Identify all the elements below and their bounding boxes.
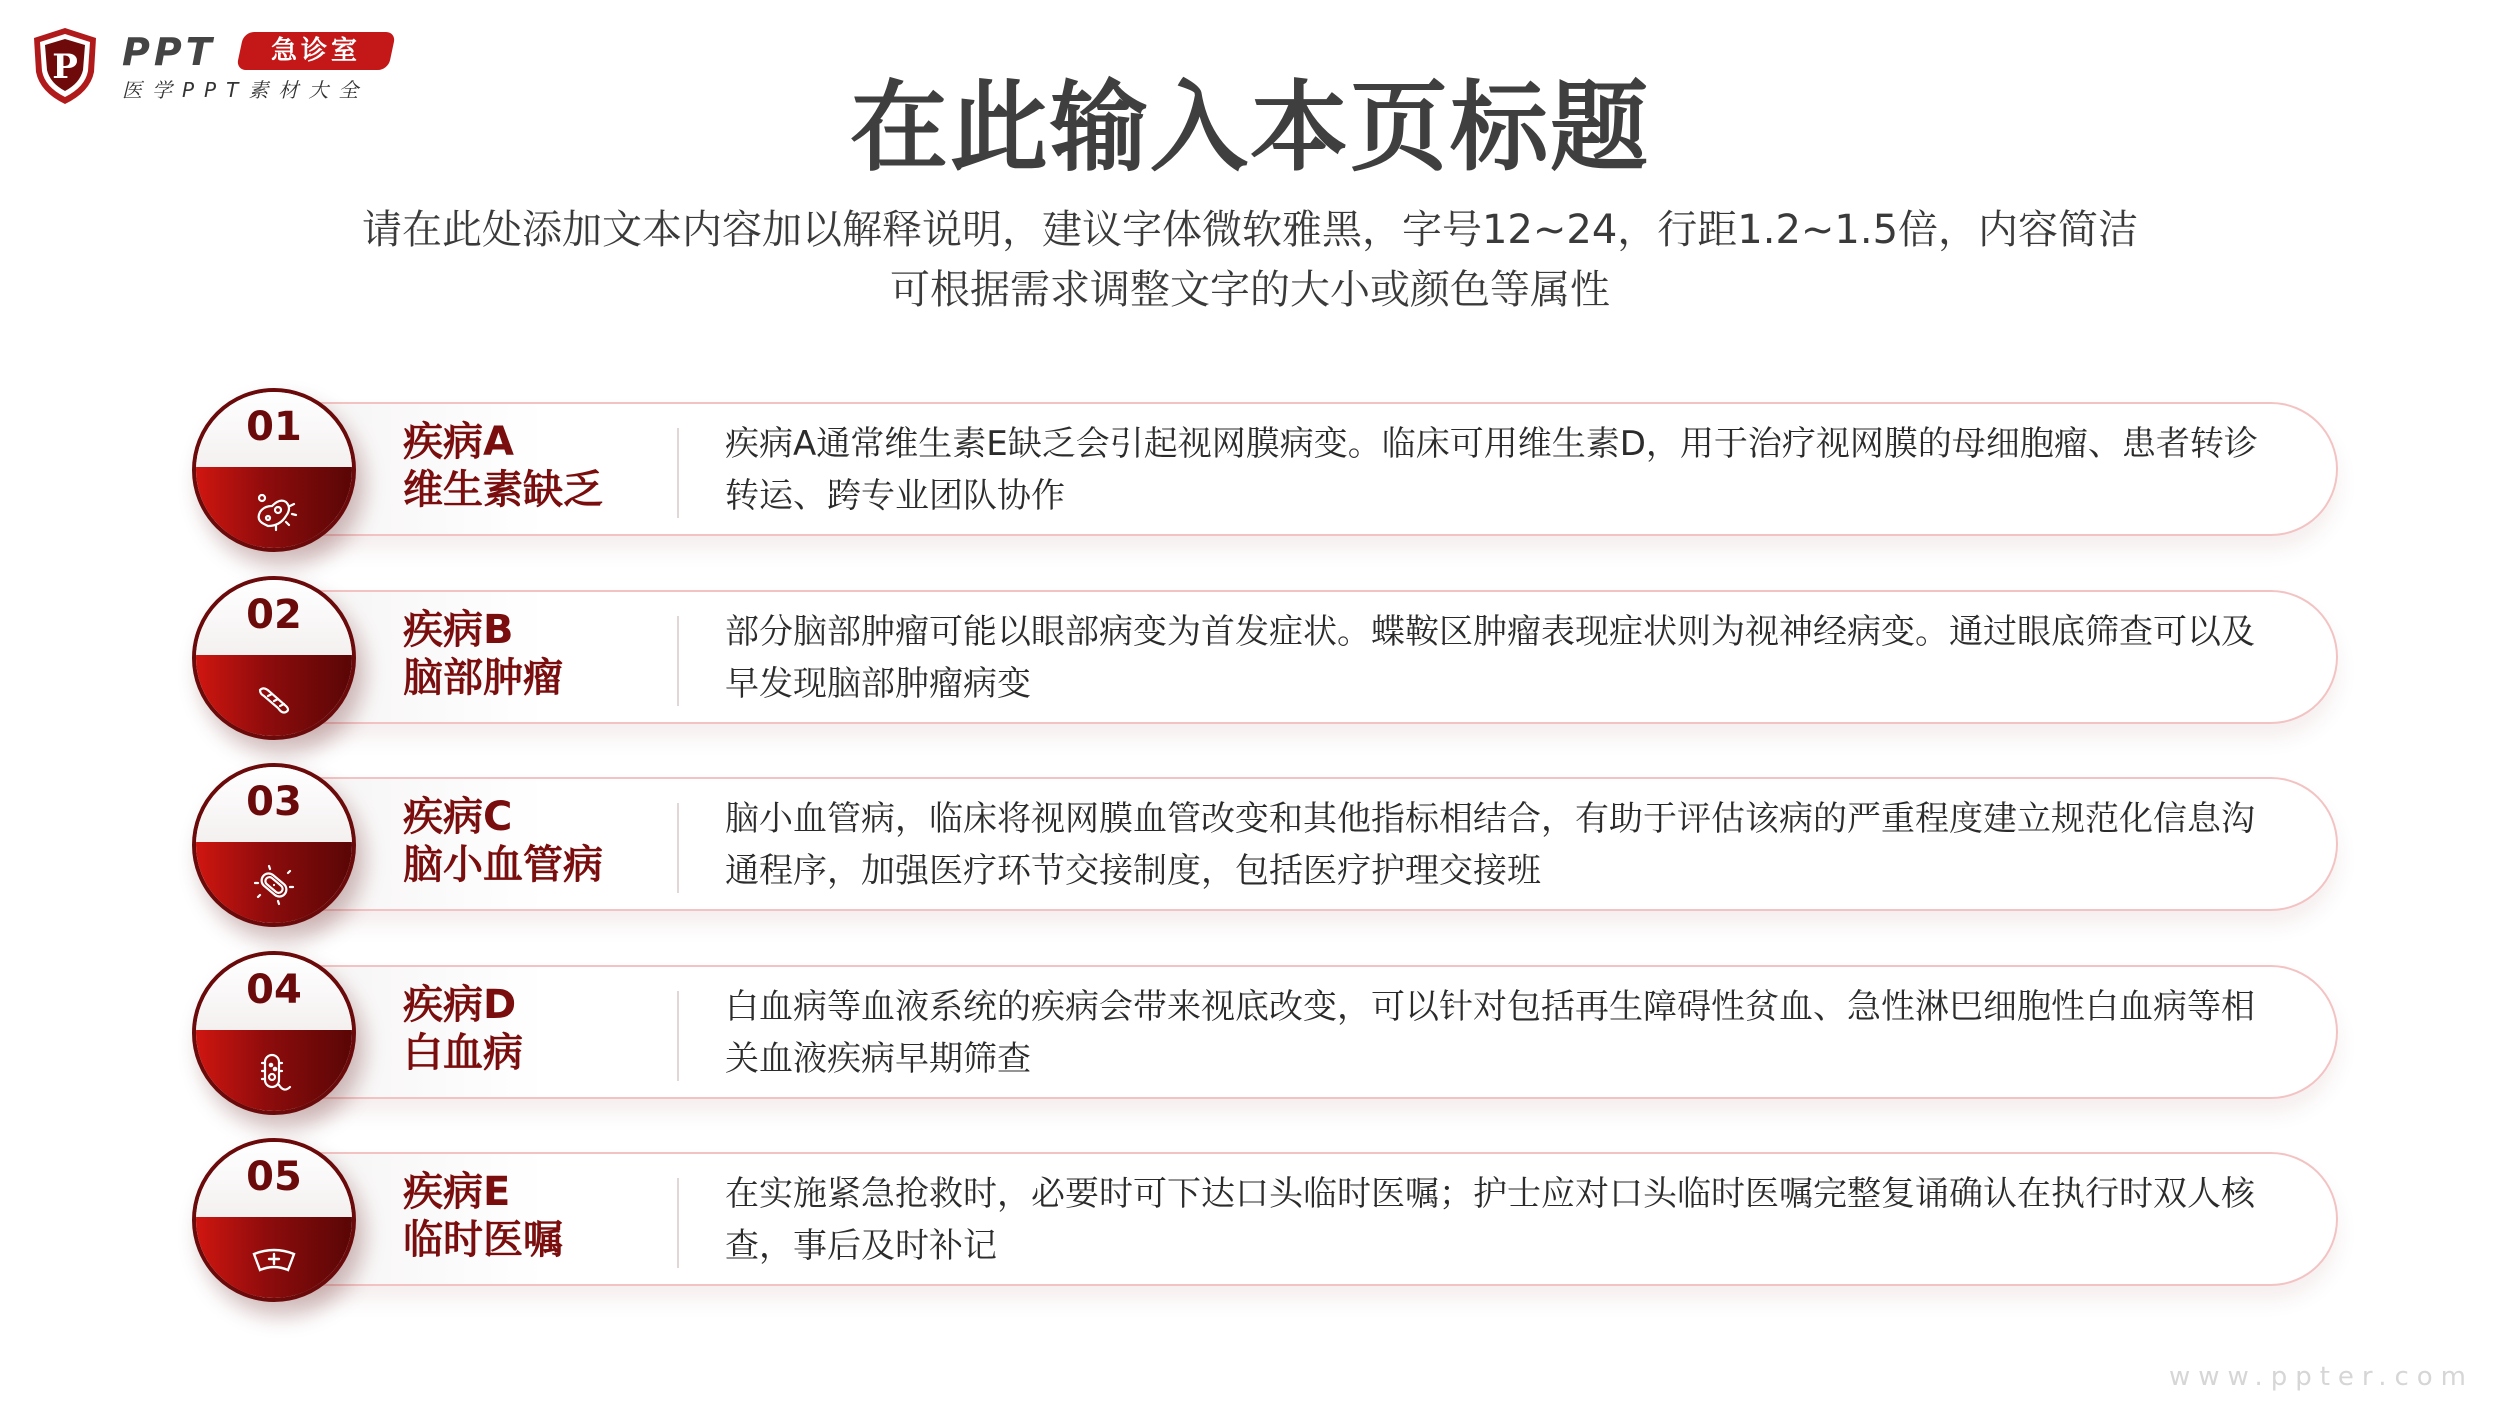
list-item-5: 05 疾病E 临时医嘱 在实施紧急抢救时，必要时可下达口头临时医嘱；护士应对口头… — [0, 1138, 2500, 1308]
item-title-line-1: 疾病D — [403, 981, 523, 1029]
number-badge: 03 — [192, 763, 356, 927]
list-item-3: 03 疾病C 脑小血管病 脑小血管病，临床将视网膜血管改变和其他指标相结合，有助… — [0, 763, 2500, 933]
item-title-line-1: 疾病E — [403, 1168, 563, 1216]
logo-badge: 急诊室 — [236, 32, 396, 70]
item-description: 在实施紧急抢救时，必要时可下达口头临时医嘱；护士应对口头临时医嘱完整复诵确认在执… — [725, 1168, 2265, 1272]
divider — [677, 616, 679, 706]
item-title-line-2: 脑部肿瘤 — [403, 654, 563, 702]
list-item-1: 01 疾病A 维生素缺乏 疾病A通常维生素E缺乏会引起视网膜病变。临床可用维生素… — [0, 388, 2500, 558]
item-number: 03 — [196, 777, 352, 827]
bacteria-icon — [250, 486, 298, 534]
watermark: www.ppter.com — [2169, 1362, 2474, 1392]
item-number: 01 — [196, 402, 352, 452]
item-title: 疾病A 维生素缺乏 — [403, 418, 603, 514]
item-title-line-2: 维生素缺乏 — [403, 466, 603, 514]
divider — [677, 428, 679, 518]
item-description: 部分脑部肿瘤可能以眼部病变为首发症状。蝶鞍区肿瘤表现症状则为视神经病变。通过眼底… — [725, 606, 2265, 710]
item-title: 疾病B 脑部肿瘤 — [403, 606, 563, 702]
list-item-4: 04 疾病D 白血病 白血病等血液系统的疾病会带来视底改变，可以针对包括再生障碍… — [0, 951, 2500, 1121]
divider — [677, 1178, 679, 1268]
item-title: 疾病D 白血病 — [403, 981, 523, 1077]
item-number: 02 — [196, 590, 352, 640]
nurse-cap-icon — [250, 1236, 298, 1284]
page-title: 在此输入本页标题 — [0, 68, 2500, 188]
item-title-line-1: 疾病B — [403, 606, 563, 654]
list-item-2: 02 疾病B 脑部肿瘤 部分脑部肿瘤可能以眼部病变为首发症状。蝶鞍区肿瘤表现症状… — [0, 576, 2500, 746]
subtitle-line-1: 请在此处添加文本内容加以解释说明，建议字体微软雅黑，字号12~24，行距1.2~… — [0, 200, 2500, 260]
page-subtitle: 请在此处添加文本内容加以解释说明，建议字体微软雅黑，字号12~24，行距1.2~… — [0, 200, 2500, 320]
item-title-line-1: 疾病C — [403, 793, 603, 841]
number-badge: 01 — [192, 388, 356, 552]
item-description: 白血病等血液系统的疾病会带来视底改变，可以针对包括再生障碍性贫血、急性淋巴细胞性… — [725, 981, 2265, 1085]
item-number: 05 — [196, 1152, 352, 1202]
bacillus-icon — [250, 1049, 298, 1097]
item-title: 疾病E 临时医嘱 — [403, 1168, 563, 1264]
item-title: 疾病C 脑小血管病 — [403, 793, 603, 889]
number-badge: 04 — [192, 951, 356, 1115]
item-description: 疾病A通常维生素E缺乏会引起视网膜病变。临床可用维生素D，用于治疗视网膜的母细胞… — [725, 418, 2265, 522]
microbe-icon — [250, 861, 298, 909]
item-number: 04 — [196, 965, 352, 1015]
item-title-line-2: 白血病 — [403, 1029, 523, 1077]
item-title-line-2: 脑小血管病 — [403, 841, 603, 889]
number-badge: 02 — [192, 576, 356, 740]
item-title-line-1: 疾病A — [403, 418, 603, 466]
subtitle-line-2: 可根据需求调整文字的大小或颜色等属性 — [0, 260, 2500, 320]
divider — [677, 803, 679, 893]
item-title-line-2: 临时医嘱 — [403, 1216, 563, 1264]
divider — [677, 991, 679, 1081]
number-badge: 05 — [192, 1138, 356, 1302]
item-description: 脑小血管病，临床将视网膜血管改变和其他指标相结合，有助于评估该病的严重程度建立规… — [725, 793, 2265, 897]
worm-icon — [250, 674, 298, 722]
logo-badge-text: 急诊室 — [240, 32, 392, 70]
